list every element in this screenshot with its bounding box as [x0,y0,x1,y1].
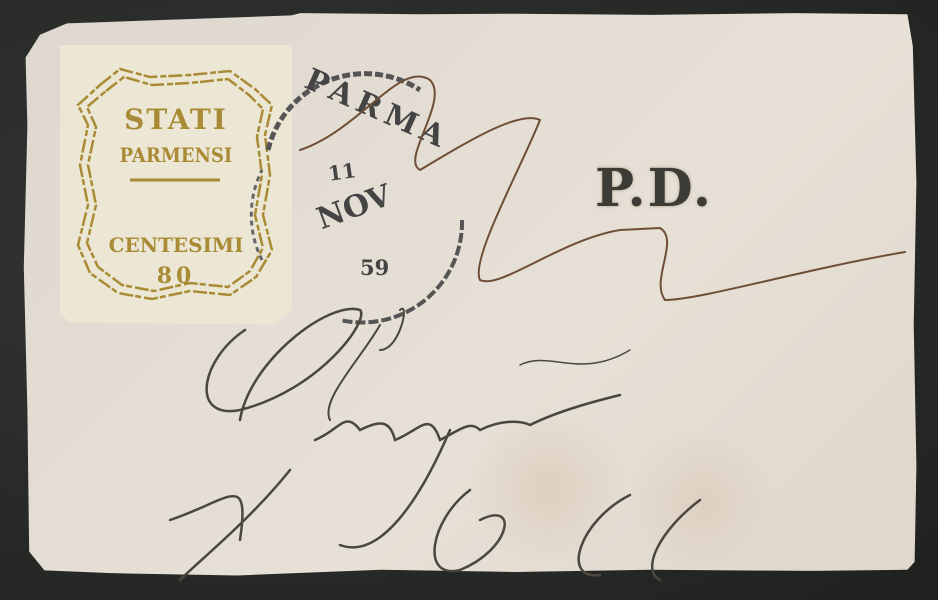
manuscript-flourish-icon [0,0,938,600]
